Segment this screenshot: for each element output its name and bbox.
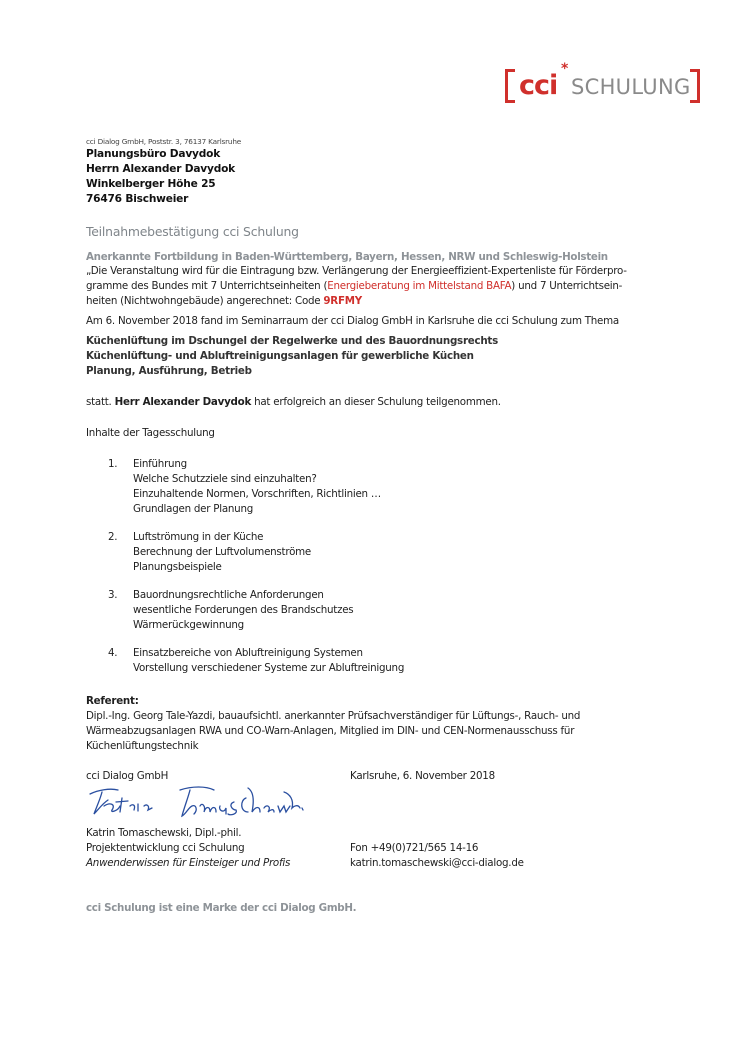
item-number: 3.	[108, 588, 133, 603]
logo-bracket-left	[505, 69, 515, 103]
item-line: Welche Schutzziele sind einzuhalten?	[108, 472, 381, 487]
referent-line-3: Küchenlüftungstechnik	[86, 740, 198, 752]
contents-heading: Inhalte der Tagesschulung	[86, 427, 215, 439]
quote-line-3: heiten (Nichtwohngebäude) angerechnet: C…	[86, 295, 362, 307]
document-title: Teilnahmebestätigung cci Schulung	[86, 224, 299, 239]
quote-text: gramme des Bundes mit 7 Unterrichtseinhe…	[86, 280, 327, 292]
slogan: Anwenderwissen für Einsteiger und Profis	[86, 857, 290, 869]
item-line: Luftströmung in der Küche	[133, 531, 263, 543]
quote-text: ) und 7 Unterrichtsein-	[511, 280, 622, 292]
referent-label: Referent:	[86, 695, 139, 707]
recipient-city: 76476 Bischweier	[86, 193, 188, 205]
code-value: 9RFMY	[323, 295, 362, 307]
item-line: Vorstellung verschiedener Systeme zur Ab…	[108, 661, 404, 676]
quote-line-2: gramme des Bundes mit 7 Unterrichtseinhe…	[86, 280, 622, 292]
email-address[interactable]: katrin.tomaschewski@cci-dialog.de	[350, 857, 524, 869]
item-line: Einzuhaltende Normen, Vorschriften, Rich…	[108, 487, 381, 502]
bafa-program: Energieberatung im Mittelstand BAFA	[327, 280, 511, 292]
participation-text: statt.	[86, 396, 115, 408]
topic-line-2: Küchenlüftung- und Abluftreinigungsanlag…	[86, 350, 474, 362]
footer-note: cci Schulung ist eine Marke der cci Dial…	[86, 902, 356, 914]
item-line: Einführung	[133, 458, 187, 470]
logo-cci: cci	[519, 72, 557, 100]
item-number: 2.	[108, 530, 133, 545]
intro-text: Am 6. November 2018 fand im Seminarraum …	[86, 315, 619, 327]
item-line: Planungsbeispiele	[108, 560, 311, 575]
logo-brand: SCHULUNG	[571, 75, 691, 99]
quote-line-1: „Die Veranstaltung wird für die Eintragu…	[86, 265, 627, 277]
item-number: 1.	[108, 457, 133, 472]
place-date: Karlsruhe, 6. November 2018	[350, 770, 495, 782]
contents-item-2: 2.Luftströmung in der Küche Berechnung d…	[108, 530, 311, 575]
topic-line-1: Küchenlüftung im Dschungel der Regelwerk…	[86, 335, 498, 347]
recipient-company: Planungsbüro Davydok	[86, 148, 220, 160]
referent-line-1: Dipl.-Ing. Georg Tale-Yazdi, bauaufsicht…	[86, 710, 580, 722]
item-line: Berechnung der Luftvolumenströme	[108, 545, 311, 560]
item-line: Wärmerückgewinnung	[108, 618, 353, 633]
recipient-name: Herrn Alexander Davydok	[86, 163, 235, 175]
referent-line-2: Wärmeabzugsanlagen RWA und CO-Warn-Anlag…	[86, 725, 574, 737]
item-line: wesentliche Forderungen des Brandschutze…	[108, 603, 353, 618]
signatory-role: Projektentwicklung cci Schulung	[86, 842, 244, 854]
participation-line: statt. Herr Alexander Davydok hat erfolg…	[86, 396, 501, 408]
logo-star-icon: *	[561, 61, 568, 77]
cci-schulung-logo: cci * SCHULUNG	[505, 63, 700, 109]
contents-item-3: 3.Bauordnungsrechtliche Anforderungen we…	[108, 588, 353, 633]
participation-text: hat erfolgreich an dieser Schulung teilg…	[251, 396, 501, 408]
item-line: Einsatzbereiche von Abluftreinigung Syst…	[133, 647, 363, 659]
quote-text: heiten (Nichtwohngebäude) angerechnet: C…	[86, 295, 323, 307]
participant-name: Herr Alexander Davydok	[115, 396, 251, 408]
signature-company: cci Dialog GmbH	[86, 770, 168, 782]
signatory-name: Katrin Tomaschewski, Dipl.-phil.	[86, 827, 241, 839]
recognition-line: Anerkannte Fortbildung in Baden-Württemb…	[86, 251, 608, 263]
sender-line: cci Dialog GmbH, Poststr. 3, 76137 Karls…	[86, 137, 241, 146]
recipient-street: Winkelberger Höhe 25	[86, 178, 215, 190]
handwritten-signature-icon	[88, 784, 308, 824]
item-number: 4.	[108, 646, 133, 661]
topic-line-3: Planung, Ausführung, Betrieb	[86, 365, 252, 377]
contents-item-1: 1.Einführung Welche Schutzziele sind ein…	[108, 457, 381, 517]
phone-number: Fon +49(0)721/565 14-16	[350, 842, 478, 854]
item-line: Bauordnungsrechtliche Anforderungen	[133, 589, 324, 601]
contents-item-4: 4.Einsatzbereiche von Abluftreinigung Sy…	[108, 646, 404, 676]
item-line: Grundlagen der Planung	[108, 502, 381, 517]
logo-bracket-right	[690, 69, 700, 103]
